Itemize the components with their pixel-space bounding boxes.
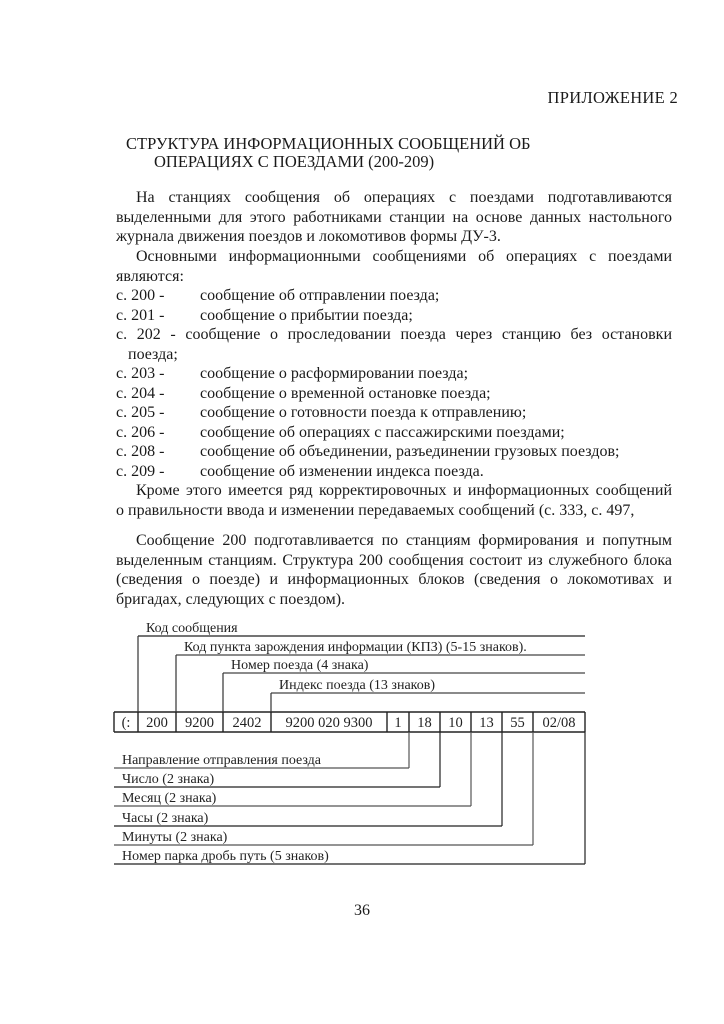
diagram-label: 9200 <box>185 715 214 731</box>
diagram-label: (: <box>122 715 131 731</box>
diagram-label: Код сообщения <box>146 621 238 636</box>
diagram-label: Направление отправления поезда <box>122 753 322 768</box>
diagram-label: Месяц (2 знака) <box>122 791 217 806</box>
diagram-label: Номер поезда (4 знака) <box>231 658 369 673</box>
diagram-label: 02/08 <box>542 715 575 731</box>
diagram-label: 2402 <box>233 715 262 731</box>
diagram-label: 9200 020 9300 <box>286 715 373 731</box>
diagram-label: Индекс поезда (13 знаков) <box>279 678 435 693</box>
diagram-label: Номер парка дробь путь (5 знаков) <box>122 849 329 864</box>
diagram-label: 1 <box>394 715 401 731</box>
diagram-label: Минуты (2 знака) <box>122 830 228 845</box>
diagram-label: 10 <box>448 715 463 731</box>
diagram-label: Код пункта зарождения информации (КПЗ) (… <box>184 640 527 655</box>
diagram-label: Часы (2 знака) <box>122 811 209 826</box>
diagram-label: 200 <box>146 715 168 731</box>
message-structure-diagram: (:200920024029200 020 930011810135502/08… <box>0 0 724 1024</box>
diagram-label: 13 <box>479 715 494 731</box>
diagram-label: Число (2 знака) <box>122 772 214 787</box>
page-number: 36 <box>0 902 724 920</box>
diagram-label: 18 <box>417 715 432 731</box>
diagram-label: 55 <box>510 715 525 731</box>
